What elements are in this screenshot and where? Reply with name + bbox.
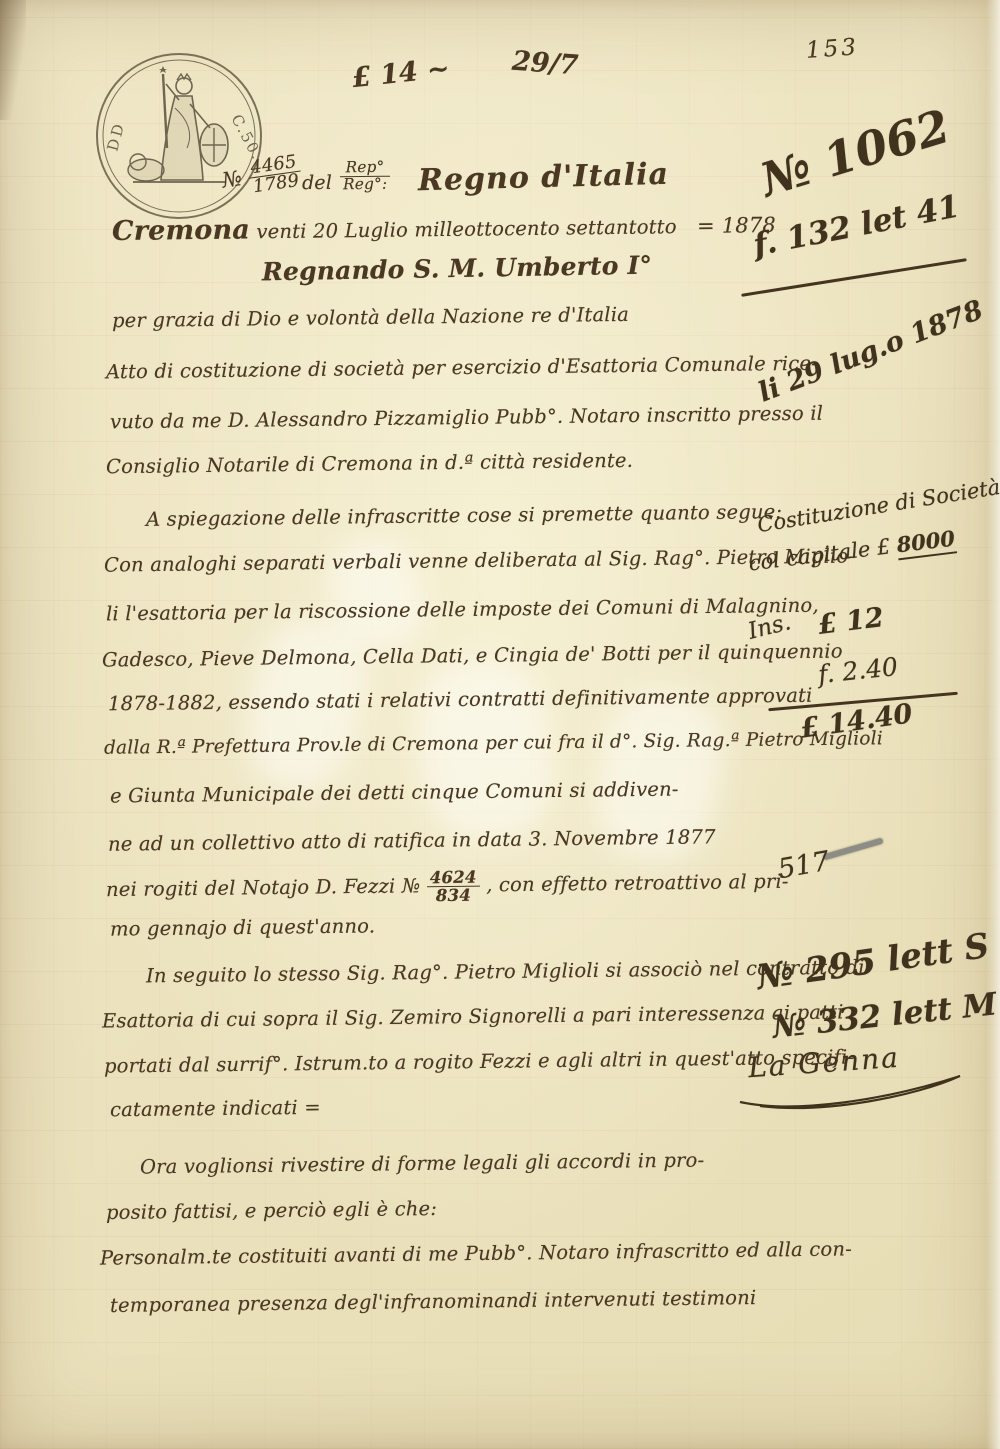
margin-underline-stroke bbox=[741, 258, 967, 297]
del-label: del bbox=[302, 172, 332, 194]
body-line: li l'esattoria per la riscossione delle … bbox=[106, 594, 819, 626]
margin-subject-line1: Costituzione di Società bbox=[756, 475, 1000, 537]
corner-shadow bbox=[0, 0, 26, 120]
registration-bottom: 1789 bbox=[249, 172, 303, 197]
margin-pencil-number: 517 bbox=[776, 846, 832, 885]
body-line: posito fattisi, e perciò egli è che: bbox=[106, 1197, 437, 1224]
body-line: mo gennajo di quest'anno. bbox=[110, 914, 375, 940]
body-line: temporanea presenza degl'infranominandi … bbox=[110, 1286, 757, 1317]
rogiti-pre: nei rogiti del Notajo D. Fezzi № bbox=[106, 874, 421, 901]
margin-reference-1: № 295 lett S bbox=[754, 926, 991, 998]
body-line: Consiglio Notarile di Cremona in d.ª cit… bbox=[106, 449, 633, 478]
body-line: Personalm.te costituiti avanti di me Pub… bbox=[100, 1237, 852, 1269]
stamp-figure-head bbox=[176, 78, 192, 94]
body-line: e Giunta Municipale dei detti cinque Com… bbox=[110, 778, 679, 808]
document-title: Regno d'Italia bbox=[418, 157, 670, 199]
pencil-dash bbox=[822, 838, 883, 861]
number-sign: № bbox=[221, 166, 244, 193]
repertorio-fraction: Rep° Reg°: bbox=[340, 160, 391, 193]
stamp-ring-text: DD bbox=[103, 119, 128, 153]
rogiti-fraction: 4624 834 bbox=[427, 869, 480, 904]
body-line: catamente indicati = bbox=[110, 1096, 321, 1122]
reg-label: Reg°: bbox=[340, 176, 390, 192]
dateline-city: Cremona bbox=[112, 214, 250, 247]
margin-fee1-value: £ 12 bbox=[816, 602, 885, 641]
body-line: A spiegazione delle infrascritte cose si… bbox=[146, 500, 782, 531]
margin-registry-number: № 1062 bbox=[754, 99, 955, 207]
body-line-rogiti: nei rogiti del Notajo D. Fezzi № 4624 83… bbox=[106, 865, 789, 908]
stamp-figure-robe bbox=[161, 96, 203, 180]
page-edge bbox=[986, 0, 1000, 1449]
document-page: C.50. DD 153 £ 14 ~ 29/7 № 4465 1789 del… bbox=[0, 0, 1000, 1449]
rogiti-register: 834 bbox=[427, 887, 480, 905]
body-line: per grazia di Dio e volontà della Nazion… bbox=[112, 303, 629, 332]
stamp-star-icon bbox=[159, 66, 167, 73]
page-number: 153 bbox=[805, 34, 860, 64]
body-line: Con analoghi separati verbali venne deli… bbox=[104, 544, 855, 576]
top-date-note: 29/7 bbox=[511, 46, 579, 82]
margin-subject-capital-label: col capitale £ bbox=[747, 534, 891, 575]
top-fee-note: £ 14 ~ bbox=[351, 53, 452, 94]
dateline-text: venti 20 Luglio milleottocento settantot… bbox=[256, 215, 677, 243]
regnando-line: Regnando S. M. Umberto I° bbox=[262, 251, 653, 287]
margin-reference-2: № 332 lett M bbox=[771, 986, 999, 1045]
registration-fraction: 4465 1789 bbox=[246, 153, 303, 197]
margin-subject-amount: 8000 bbox=[895, 525, 956, 560]
body-line: vuto da me D. Alessandro Pizzamiglio Pub… bbox=[110, 402, 823, 434]
body-line: Ora voglionsi rivestire di forme legali … bbox=[140, 1149, 705, 1179]
rogiti-post: , con effetto retroattivo al pri- bbox=[486, 870, 789, 897]
body-line: Gadesco, Pieve Delmona, Cella Dati, e Ci… bbox=[102, 639, 843, 671]
body-line: Atto di costituzione di società per eser… bbox=[106, 352, 818, 384]
body-line: Esattoria di cui sopra il Sig. Zemiro Si… bbox=[102, 1000, 844, 1032]
paraph-flourish bbox=[736, 1062, 966, 1112]
